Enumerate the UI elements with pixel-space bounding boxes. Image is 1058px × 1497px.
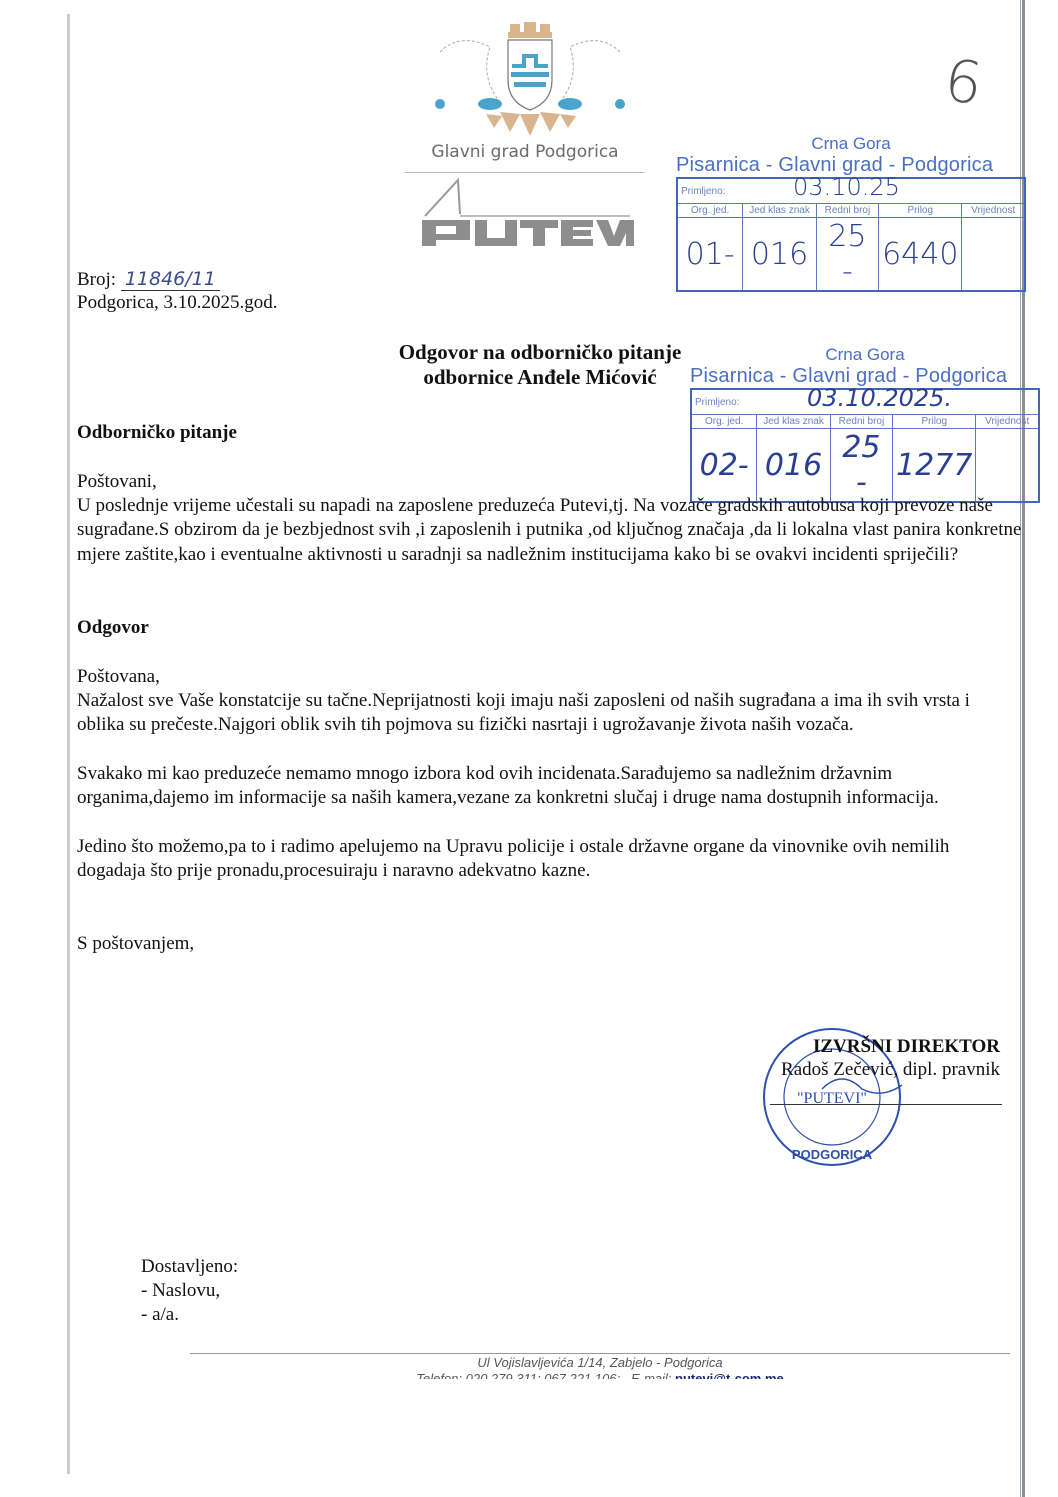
delivery-label: Dostavljeno: [141,1255,238,1279]
stamp-val-class: 016 [743,218,816,292]
answer-paragraph-1: Nažalost sve Vaše konstatcije su tačne.N… [77,689,1022,738]
footer-address: Ul Vojislavljevića 1/14, Zabjelo - Podgo… [190,1355,1010,1371]
footer-contacts: Telefon: 020 279 311; 067 221 106; E-mai… [190,1371,1010,1379]
logo-divider [405,172,645,173]
signature-block: IZVRŠNI DIREKTOR Radoš Zečević, dipl. pr… [700,1035,1000,1081]
answer-greeting: Poštovana, [77,665,1012,689]
closing: S poštovanjem, [77,932,1012,956]
city-name-label: Glavni grad Podgorica [400,142,650,162]
reference-label: Broj: [77,269,116,290]
footer-email-label: E-mail: [631,1371,671,1379]
place-date: Podgorica, 3.10.2025.god. [77,292,278,314]
signature-line [770,1104,1002,1105]
footer: Ul Vojislavljevića 1/14, Zabjelo - Podgo… [190,1355,1010,1379]
putevi-company-logo [420,178,640,248]
answer-heading: Odgovor [77,617,149,639]
delivery-list: Dostavljeno: - Naslovu, - a/a. [141,1255,238,1327]
stamp-col-class: Jed klas znak [757,415,830,429]
stamp-received-label: Primljeno: [695,397,739,408]
delivery-item: - a/a. [141,1303,238,1327]
scan-left-edge [67,14,70,1474]
signatory-role: IZVRŠNI DIREKTOR [700,1035,1000,1058]
seal-city: PODGORICA [792,1147,873,1162]
answer-paragraph-2: Svakako mi kao preduzeće nemamo mnogo iz… [77,762,1022,811]
delivery-item: - Naslovu, [141,1279,238,1303]
question-heading: Odborničko pitanje [77,422,237,444]
footer-email[interactable]: putevi@t-com.me [675,1371,784,1379]
stamp-val-value [962,218,1025,292]
stamp-col-org: Org. jed. [677,204,743,218]
title-line-2: odbornice Anđele Mićović [300,365,780,390]
stamp-col-value: Vrijednost [976,415,1039,429]
footer-phone: Telefon: 020 279 311; 067 221 106; [416,1371,620,1379]
stamp-col-serial: Redni broj [816,204,878,218]
registry-stamp-1: Crna Gora Pisarnica - Glavni grad - Podg… [676,134,1026,292]
answer-paragraph-3: Jedino što možemo,pa to i radimo apeluje… [77,835,1022,884]
reference-number: Broj: 11846/11 [77,268,220,291]
stamp-col-attachment: Prilog [879,204,962,218]
question-greeting: Poštovani, [77,470,1012,494]
document-title: Odgovor na odborničko pitanje odbornice … [300,340,780,390]
stamp-received-label: Primljeno: [681,186,725,197]
stamp-received-date: 03.10.2025. [807,384,952,412]
stamp-val-attachment: 6440 [879,218,962,292]
stamp-col-class: Jed klas znak [743,204,816,218]
stamp-val-serial: 25 - [816,218,878,292]
stamp-table: Primljeno:03.10.25 Org. jed. Jed klas zn… [676,177,1026,292]
stamp-col-serial: Redni broj [830,415,892,429]
signatory-name: Radoš Zečević, dipl. pravnik [700,1058,1000,1081]
city-crest-logo [420,22,640,140]
stamp-col-org: Org. jed. [691,415,757,429]
stamp-col-attachment: Prilog [893,415,976,429]
stamp-col-value: Vrijednost [962,204,1025,218]
question-text: U poslednje vrijeme učestali su napadi n… [77,494,1022,567]
stamp-country: Crna Gora [676,134,1026,154]
reference-value: 11846/11 [121,268,220,291]
footer-divider [190,1353,1010,1354]
title-line-1: Odgovor na odborničko pitanje [300,340,780,365]
stamp-val-org: 01- [677,218,743,292]
handwritten-page-number: 6 [940,46,986,118]
stamp-received-date: 03.10.25 [793,173,900,201]
